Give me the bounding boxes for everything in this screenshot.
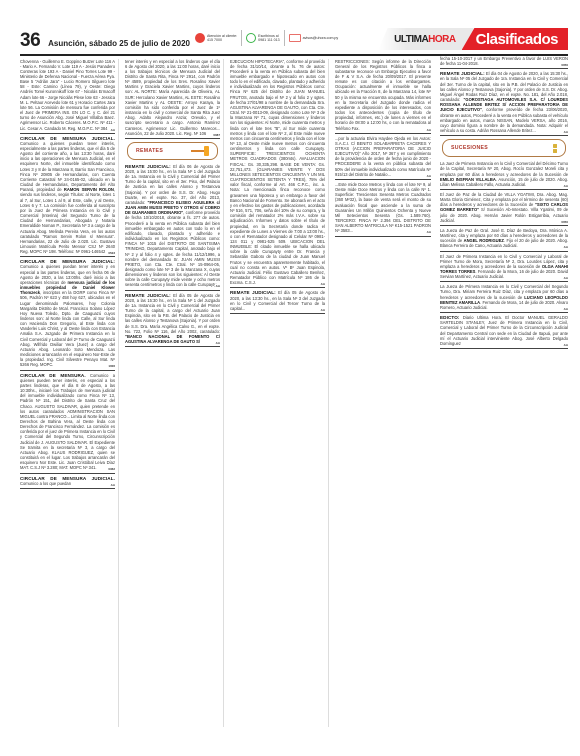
contact-whatsapp-value: 0981 111 013 <box>258 38 279 43</box>
classifieds-columns: Chovenna - Guillermo E. Goppino Butzer L… <box>20 59 434 727</box>
notice: El Juez de Paz de la Ciudad de VILLA YGA… <box>440 192 568 226</box>
notice-code: 0050 <box>560 63 568 68</box>
notice-code: AA <box>563 276 568 281</box>
notice: La Jueza de Paz de Gral. José E. Díaz de… <box>440 228 568 252</box>
money-bags-icon <box>553 144 557 153</box>
notice: REMATE JUDICIAL: El día 04 de Agosto de … <box>440 71 568 136</box>
notice-code: AA <box>563 343 568 348</box>
notice: REMATE JUDICIAL: El día 05 de Agosto de … <box>230 290 325 314</box>
column-1: Chovenna - Guillermo E. Goppino Butzer L… <box>20 59 119 727</box>
notice-code: AA <box>215 341 220 346</box>
notice: La Juez de Primera Instancia en lo Civil… <box>440 161 568 190</box>
mail-icon <box>289 34 301 42</box>
notice: EJECUCION HIPOTECARIA", conforme al prov… <box>230 59 325 289</box>
gavel-icon <box>191 146 209 156</box>
column-3: EJECUCION HIPOTECARIA", conforme al prov… <box>230 59 329 727</box>
section-label: SUCESIONES <box>451 145 488 151</box>
notice-code: 1006 <box>107 364 115 369</box>
notice-code: AA <box>215 284 220 289</box>
section-banner-remates: REMATES <box>127 142 218 160</box>
section-banner-sucesiones: SUCESIONES <box>442 139 566 157</box>
notice-code: AA <box>320 308 325 313</box>
notice: REMATE JUDICIAL: El día 05 de Agosto de … <box>125 293 220 348</box>
notice-code: 0087 <box>212 133 220 138</box>
notice: ...Este mide Doce Metros y linda con el … <box>335 182 431 237</box>
page-number: 36 <box>20 31 40 50</box>
contact-phone[interactable]: Atención al cliente: 415 7000 <box>195 30 242 46</box>
notice: Chovenna - Guillermo E. Goppino Butzer L… <box>20 59 115 134</box>
notice: REMATE JUDICIAL: El día 06 de Agosto de … <box>125 164 220 291</box>
section-label: REMATES <box>136 148 163 154</box>
notice: ...por la actuaria Elvira Haydee Ojeda e… <box>335 136 431 180</box>
notice-code: 0523 <box>107 251 115 256</box>
contact-email-value: avisos@uhora.com.py <box>303 36 339 41</box>
notice-code: AA <box>563 307 568 312</box>
notice-code: AA <box>426 128 431 133</box>
notice: fecha 15-10-2017 y un Embargo Preventivo… <box>440 56 568 69</box>
notice-code: AA <box>563 245 568 250</box>
notice-code: AA <box>110 483 115 488</box>
phone-icon <box>195 33 205 43</box>
notice: EDICTO: Diario Ultima Hora. El Doctor MA… <box>440 315 568 349</box>
notice-code: AA <box>563 184 568 189</box>
column-5: fecha 15-10-2017 y un Embargo Preventivo… <box>440 56 568 724</box>
notice-code: AA <box>110 128 115 133</box>
column-4: RESTRICCIONES: Según informe de la Direc… <box>335 59 434 727</box>
page-header: 36 Asunción, sábado 25 de julio de 2020 … <box>20 28 568 50</box>
notice: RESTRICCIONES: Según informe de la Direc… <box>335 59 431 134</box>
notice: CIRCULAR DE MENSURA JUDICIAL: Comunico a… <box>20 259 115 370</box>
contact-strip: Atención al cliente: 415 7000 Escribinos… <box>195 28 342 48</box>
column-2: tener interés y en especial a los linder… <box>125 59 224 727</box>
notice: CIRCULAR DE MENSURA. Comunico a quienes … <box>20 373 115 474</box>
notice-code: AA <box>426 174 431 179</box>
notice: CIRCULAR DE MENSURA JUDICIAL. Comunico a… <box>20 476 115 489</box>
notice-code: AA <box>320 282 325 287</box>
contact-whatsapp[interactable]: Escribinos al 0981 111 013 <box>246 30 284 46</box>
publication-date: Asunción, sábado 25 de julio de 2020 <box>48 39 190 48</box>
section-title: Clasificados <box>462 28 568 50</box>
contact-email[interactable]: avisos@uhora.com.py <box>289 30 343 46</box>
notice: La Jueza de Primera Instancia en lo Civi… <box>440 284 568 313</box>
notice: CIRCULAR DE MENSURA JUDICIAL. Comunico a… <box>20 136 115 258</box>
notice: tener interés y en especial a los linder… <box>125 59 220 139</box>
notice-code: 0050 <box>560 220 568 225</box>
whatsapp-icon <box>246 33 256 43</box>
notice-code: AA <box>426 230 431 235</box>
notice: El Juez de Primera Instancia en lo Civil… <box>440 254 568 283</box>
notice-code: AA <box>563 130 568 135</box>
brand-logo: ULTIMAHORA <box>378 28 473 50</box>
contact-phone-value: 415 7000 <box>207 38 237 43</box>
brand-block: ULTIMAHORA Clasificados <box>378 28 568 50</box>
notice-code: 0362 <box>107 467 115 472</box>
